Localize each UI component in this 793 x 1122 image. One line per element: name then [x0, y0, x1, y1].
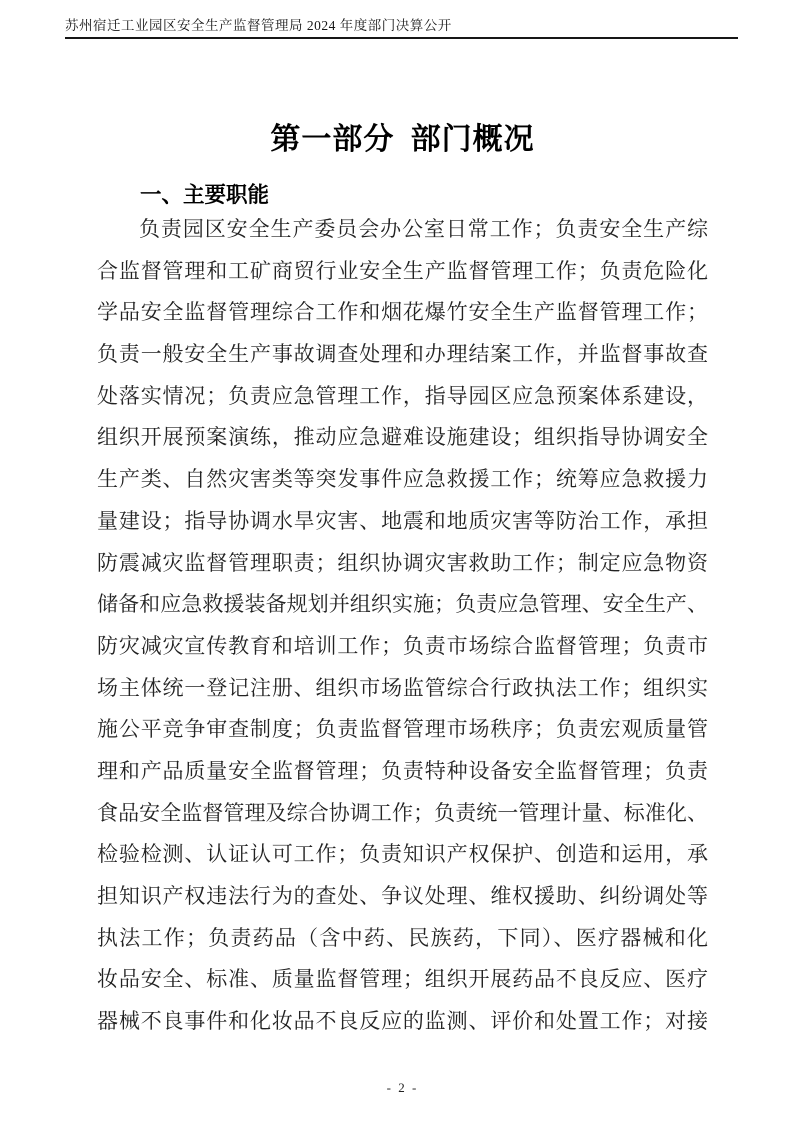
paragraph-line: 场主体统一登记注册、组织市场监管综合行政执法工作；组织实 [97, 668, 708, 710]
paragraph-line: 量建设；指导协调水旱灾害、地震和地质灾害等防治工作，承担 [97, 501, 708, 543]
paragraph-line: 食品安全监督管理及综合协调工作；负责统一管理计量、标准化、 [97, 793, 708, 835]
main-paragraph: 负责园区安全生产委员会办公室日常工作；负责安全生产综 合监督管理和工矿商贸行业安… [97, 209, 708, 1043]
section-heading: 一、主要职能 [97, 180, 708, 210]
paragraph-line: 理和产品质量安全监督管理；负责特种设备安全监督管理；负责 [97, 751, 708, 793]
page-footer: - 2 - [97, 1080, 708, 1096]
page-number: - 2 - [387, 1080, 419, 1095]
paragraph-line: 合监督管理和工矿商贸行业安全生产监督管理工作；负责危险化 [97, 251, 708, 293]
page-header: 苏州宿迁工业园区安全生产监督管理局 2024 年度部门决算公开 [65, 17, 738, 39]
paragraph-line: 防灾减灾宣传教育和培训工作；负责市场综合监督管理；负责市 [97, 626, 708, 668]
paragraph-line: 学品安全监督管理综合工作和烟花爆竹安全生产监督管理工作； [97, 292, 708, 334]
paragraph-line: 施公平竞争审查制度；负责监督管理市场秩序；负责宏观质量管 [97, 709, 708, 751]
paragraph-line: 担知识产权违法行为的查处、争议处理、维权援助、纠纷调处等 [97, 876, 708, 918]
paragraph-line: 负责园区安全生产委员会办公室日常工作；负责安全生产综 [97, 209, 708, 251]
document-page: 苏州宿迁工业园区安全生产监督管理局 2024 年度部门决算公开 第一部分 部门概… [0, 0, 793, 1122]
paragraph-line: 储备和应急救援装备规划并组织实施；负责应急管理、安全生产、 [97, 584, 708, 626]
paragraph-line: 妆品安全、标准、质量监督管理；组织开展药品不良反应、医疗 [97, 959, 708, 1001]
paragraph-line: 器械不良事件和化妆品不良反应的监测、评价和处置工作；对接 [97, 1001, 708, 1043]
paragraph-line: 检验检测、认证认可工作；负责知识产权保护、创造和运用，承 [97, 834, 708, 876]
paragraph-line: 负责一般安全生产事故调查处理和办理结案工作，并监督事故查 [97, 334, 708, 376]
paragraph-line: 执法工作；负责药品（含中药、民族药，下同）、医疗器械和化 [97, 918, 708, 960]
header-text: 苏州宿迁工业园区安全生产监督管理局 2024 年度部门决算公开 [65, 18, 452, 33]
paragraph-line: 生产类、自然灾害类等突发事件应急救援工作；统筹应急救援力 [97, 459, 708, 501]
paragraph-line: 防震减灾监督管理职责；组织协调灾害救助工作；制定应急物资 [97, 543, 708, 585]
document-title: 第一部分 部门概况 [97, 120, 708, 160]
paragraph-line: 组织开展预案演练，推动应急避难设施建设；组织指导协调安全 [97, 417, 708, 459]
paragraph-line: 处落实情况；负责应急管理工作，指导园区应急预案体系建设， [97, 376, 708, 418]
